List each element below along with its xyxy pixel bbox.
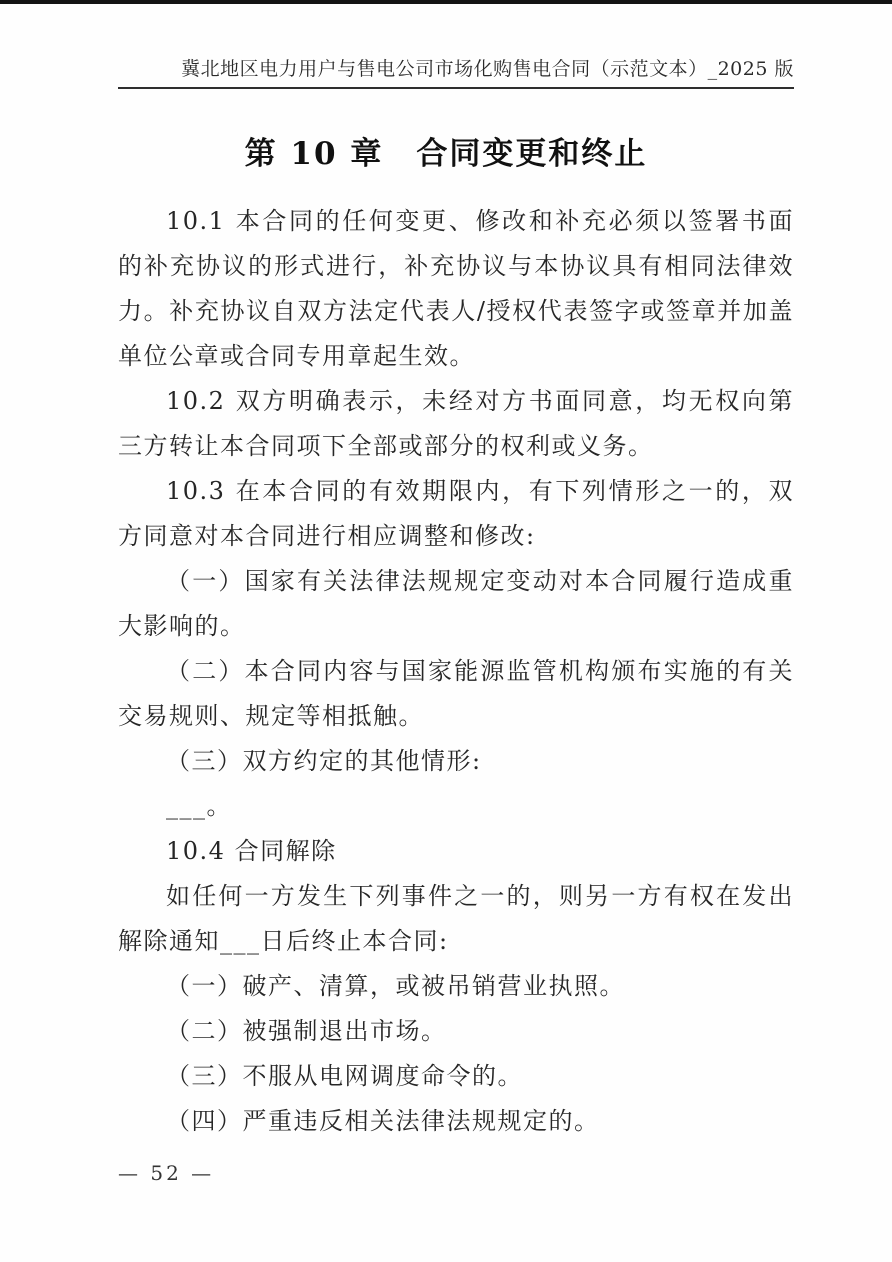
list-item-10-4-3: （三）不服从电网调度命令的。 [118, 1054, 794, 1099]
paragraph-10-1: 10.1 本合同的任何变更、修改和补充必须以签署书面的补充协议的形式进行，补充协… [118, 199, 794, 379]
paragraph-10-2: 10.2 双方明确表示，未经对方书面同意，均无权向第三方转让本合同项下全部或部分… [118, 379, 794, 469]
list-item-10-4-1: （一）破产、清算，或被吊销营业执照。 [118, 964, 794, 1009]
page-number: — 52 — [118, 1160, 214, 1186]
paragraph-10-4-body: 如任何一方发生下列事件之一的，则另一方有权在发出解除通知___日后终止本合同: [118, 874, 794, 964]
list-item-10-4-2: （二）被强制退出市场。 [118, 1009, 794, 1054]
document-page: 冀北地区电力用户与售电公司市场化购售电合同（示范文本）_2025 版 第 10 … [0, 0, 892, 1262]
list-item-10-3-2: （二）本合同内容与国家能源监管机构颁布实施的有关交易规则、规定等相抵触。 [118, 649, 794, 739]
list-item-10-4-4: （四）严重违反相关法律法规规定的。 [118, 1099, 794, 1144]
document-body: 10.1 本合同的任何变更、修改和补充必须以签署书面的补充协议的形式进行，补充协… [118, 199, 794, 1144]
list-item-10-3-1: （一）国家有关法律法规规定变动对本合同履行造成重大影响的。 [118, 559, 794, 649]
running-header: 冀北地区电力用户与售电公司市场化购售电合同（示范文本）_2025 版 [118, 56, 794, 89]
top-edge-bar [0, 0, 892, 4]
blank-fill-line: ___。 [118, 784, 794, 829]
chapter-title: 第 10 章 合同变更和终止 [0, 134, 892, 174]
paragraph-10-3: 10.3 在本合同的有效期限内，有下列情形之一的，双方同意对本合同进行相应调整和… [118, 469, 794, 559]
paragraph-10-4-heading: 10.4 合同解除 [118, 829, 794, 874]
list-item-10-3-3: （三）双方约定的其他情形: [118, 739, 794, 784]
